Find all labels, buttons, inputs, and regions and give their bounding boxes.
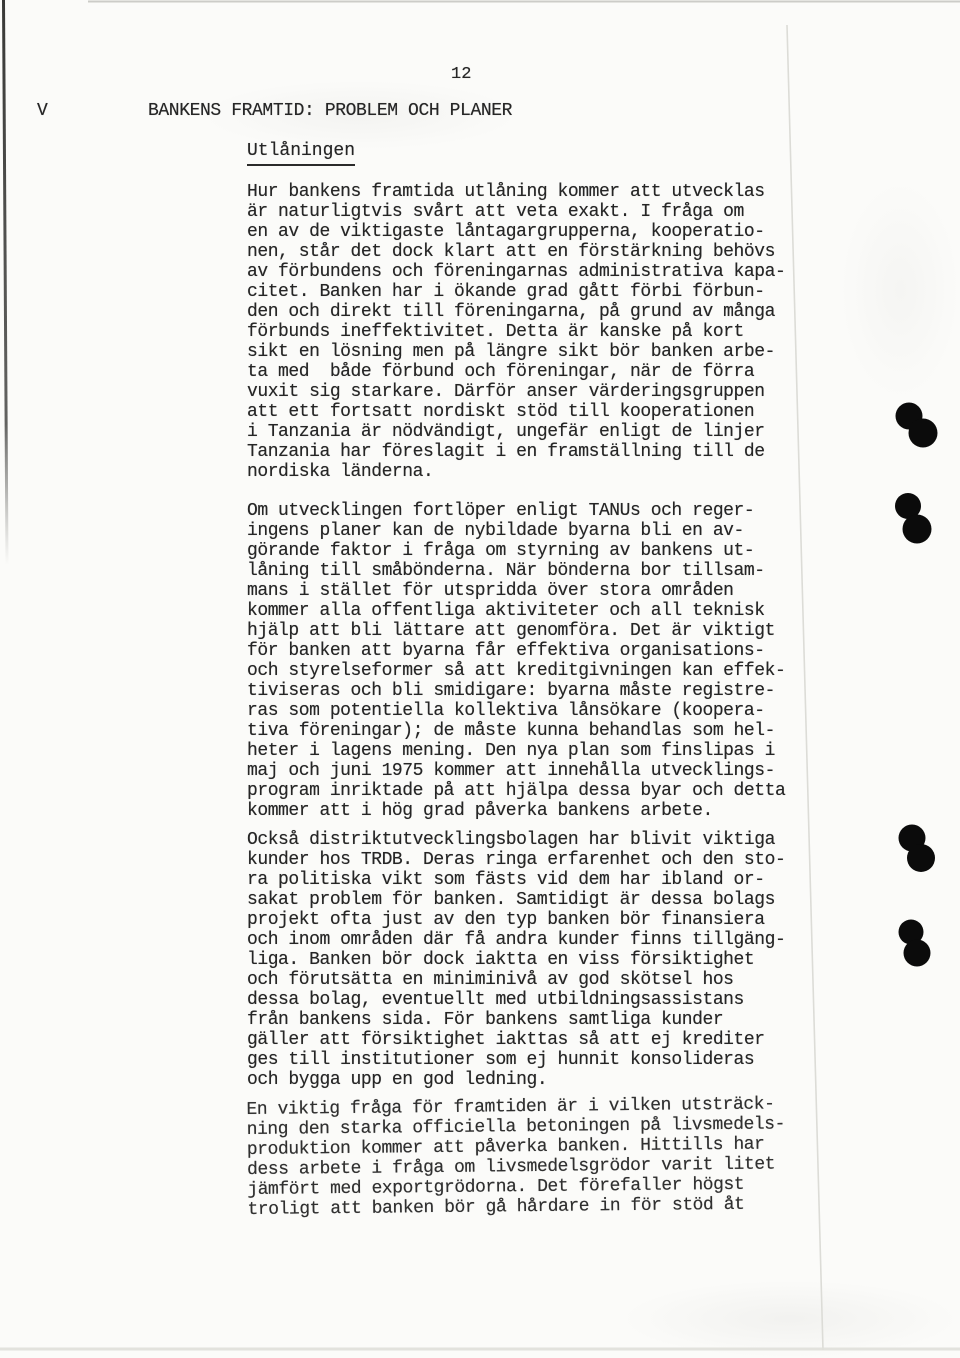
section-label: V xyxy=(37,101,48,121)
chapter-heading: BANKENS FRAMTID: PROBLEM OCH PLANER xyxy=(148,101,512,121)
body-paragraph-2: Om utvecklingen fortlöper enligt TANUs o… xyxy=(247,501,832,821)
ink-blob-2 xyxy=(895,493,932,544)
body-paragraph-4: En viktig fråga för framtiden är i vilke… xyxy=(246,1094,832,1220)
paper-smudge xyxy=(840,180,960,400)
ink-blob-4 xyxy=(899,920,931,967)
body-paragraph-1: Hur bankens framtida utlåning kommer att… xyxy=(247,182,832,482)
ink-blob-3 xyxy=(899,825,936,873)
page-number: 12 xyxy=(451,65,471,84)
subheading-underlined: Utlåningen xyxy=(247,141,355,166)
paper-smudge xyxy=(620,1280,960,1358)
scanned-document-page: 12 V BANKENS FRAMTID: PROBLEM OCH PLANER… xyxy=(0,0,960,1358)
body-paragraph-3: Också distriktutvecklingsbolagen har bli… xyxy=(247,830,832,1090)
left-page-edge-line xyxy=(4,0,8,565)
ink-blob-1 xyxy=(896,403,938,448)
